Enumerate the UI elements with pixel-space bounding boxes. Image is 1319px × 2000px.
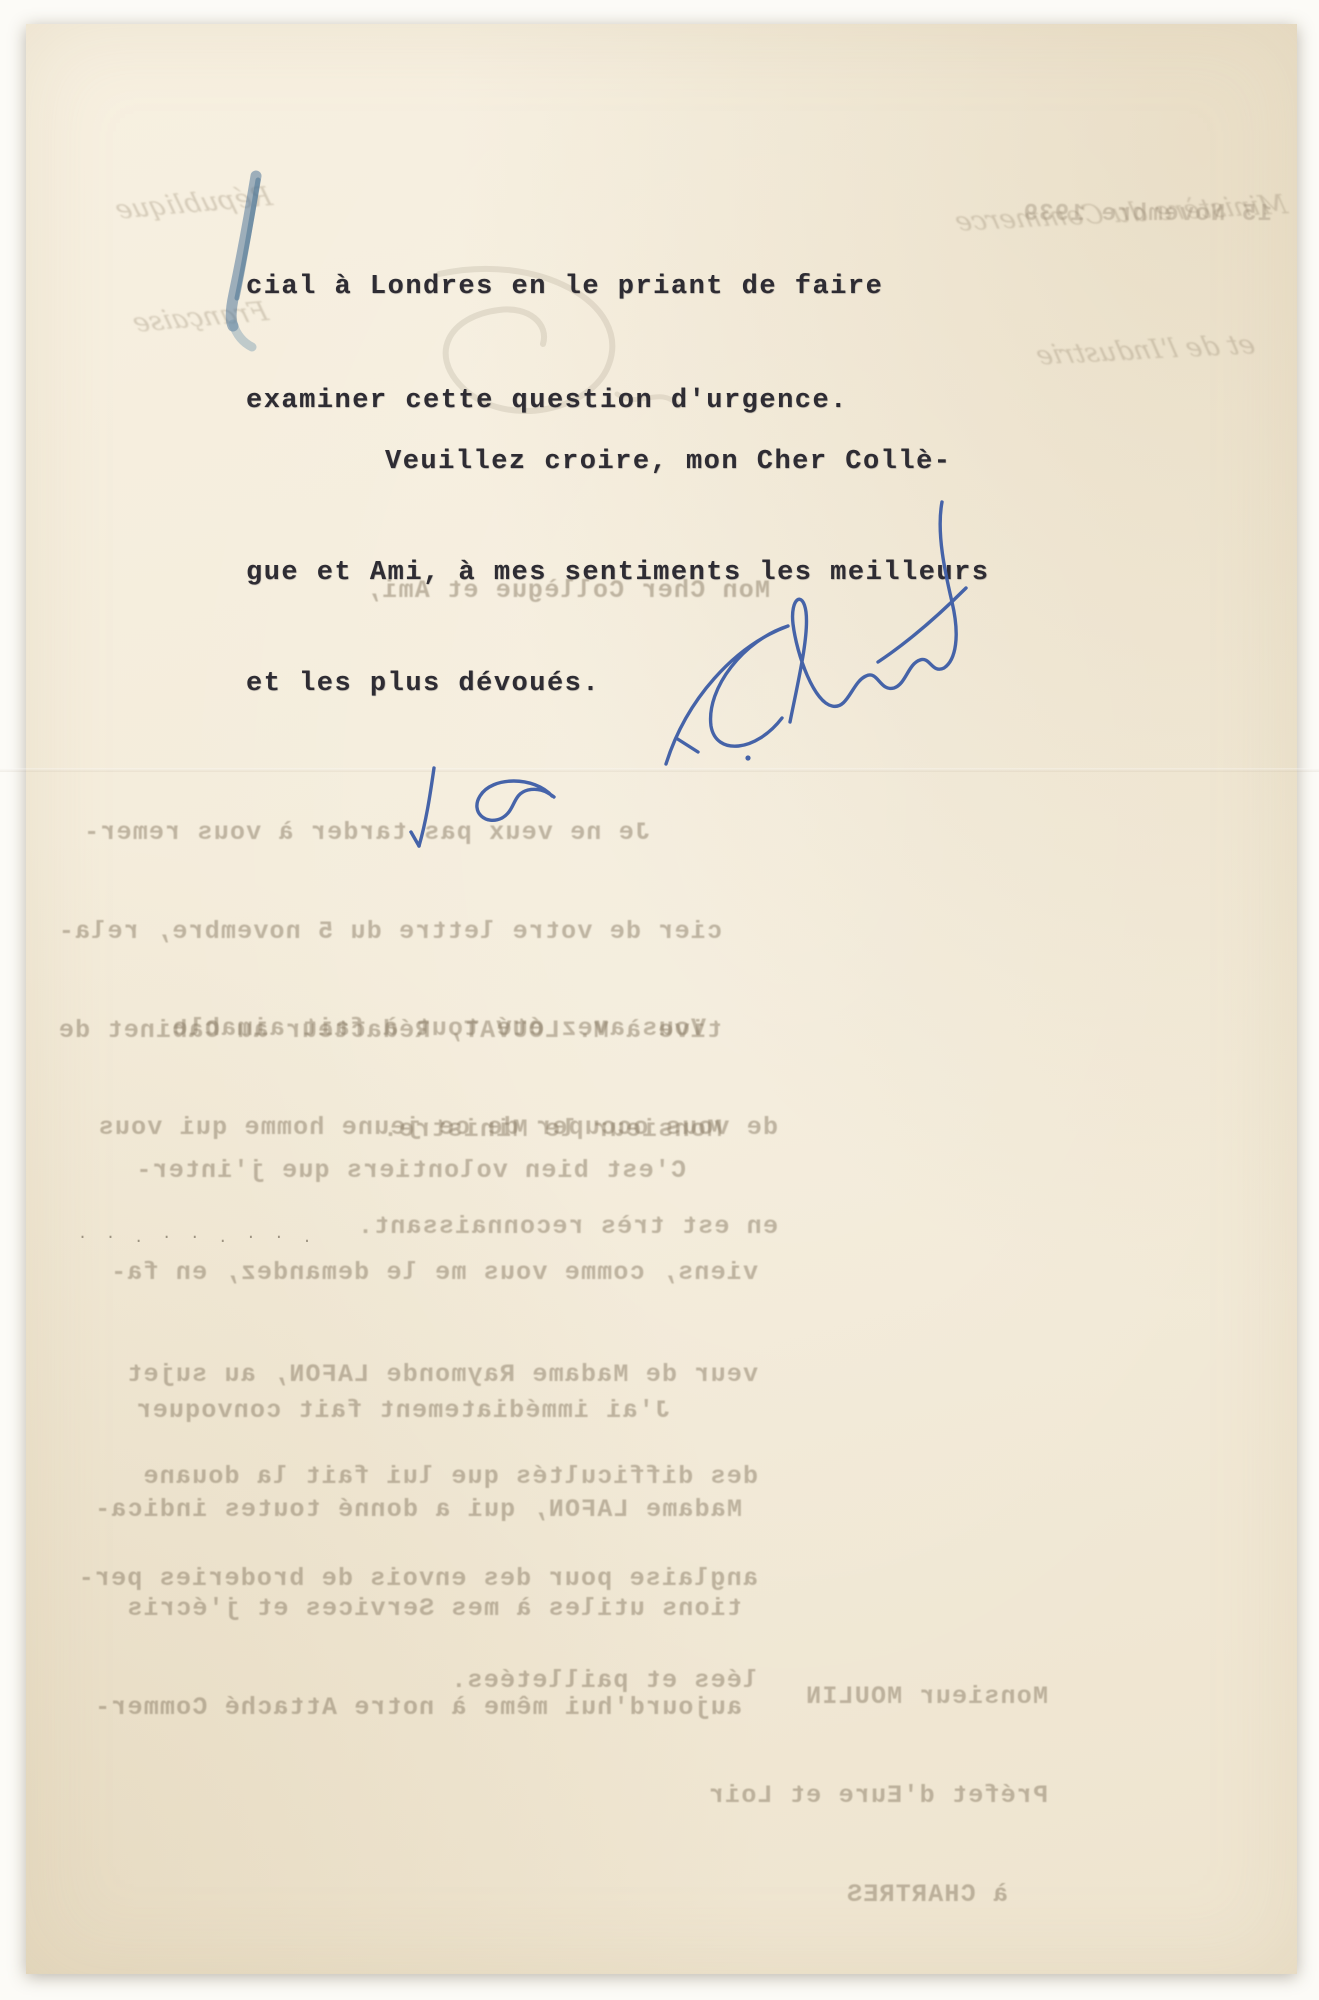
- signature-chaumet: [390, 430, 990, 870]
- blue-crayon-mark: [200, 160, 290, 360]
- typed-line: cial à Londres en le priant de faire: [246, 268, 883, 306]
- scanned-letter-photo: République Française Ministère du Commer…: [0, 0, 1319, 2000]
- dots-row: · · . · · . · · .: [78, 1228, 317, 1246]
